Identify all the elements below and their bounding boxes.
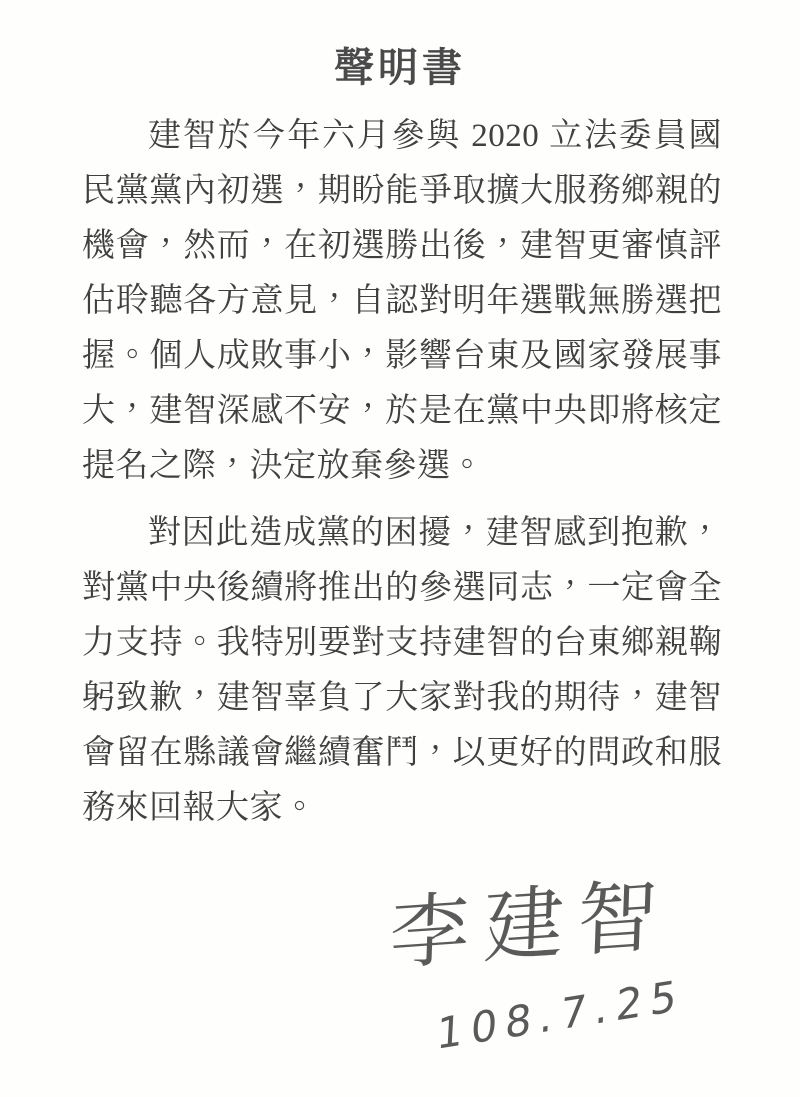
handwritten-signature-name: 李建智: [388, 850, 673, 985]
handwritten-signature-date: 108.7.25: [435, 970, 686, 1059]
document-body: 建智於今年六月參與 2020 立法委員國民黨黨內初選，期盼能爭取擴大服務鄉親的機…: [82, 109, 722, 836]
paragraph-2: 對因此造成黨的困擾，建智感到抱歉，對黨中央後續將推出的參選同志，一定會全力支持。…: [82, 506, 722, 836]
paragraph-1: 建智於今年六月參與 2020 立法委員國民黨黨內初選，期盼能爭取擴大服務鄉親的機…: [82, 109, 722, 494]
signature-block: 李建智 108.7.25: [380, 840, 800, 1080]
statement-document-page: 聲明書 建智於今年六月參與 2020 立法委員國民黨黨內初選，期盼能爭取擴大服務…: [0, 0, 800, 1097]
document-title: 聲明書: [0, 0, 800, 93]
